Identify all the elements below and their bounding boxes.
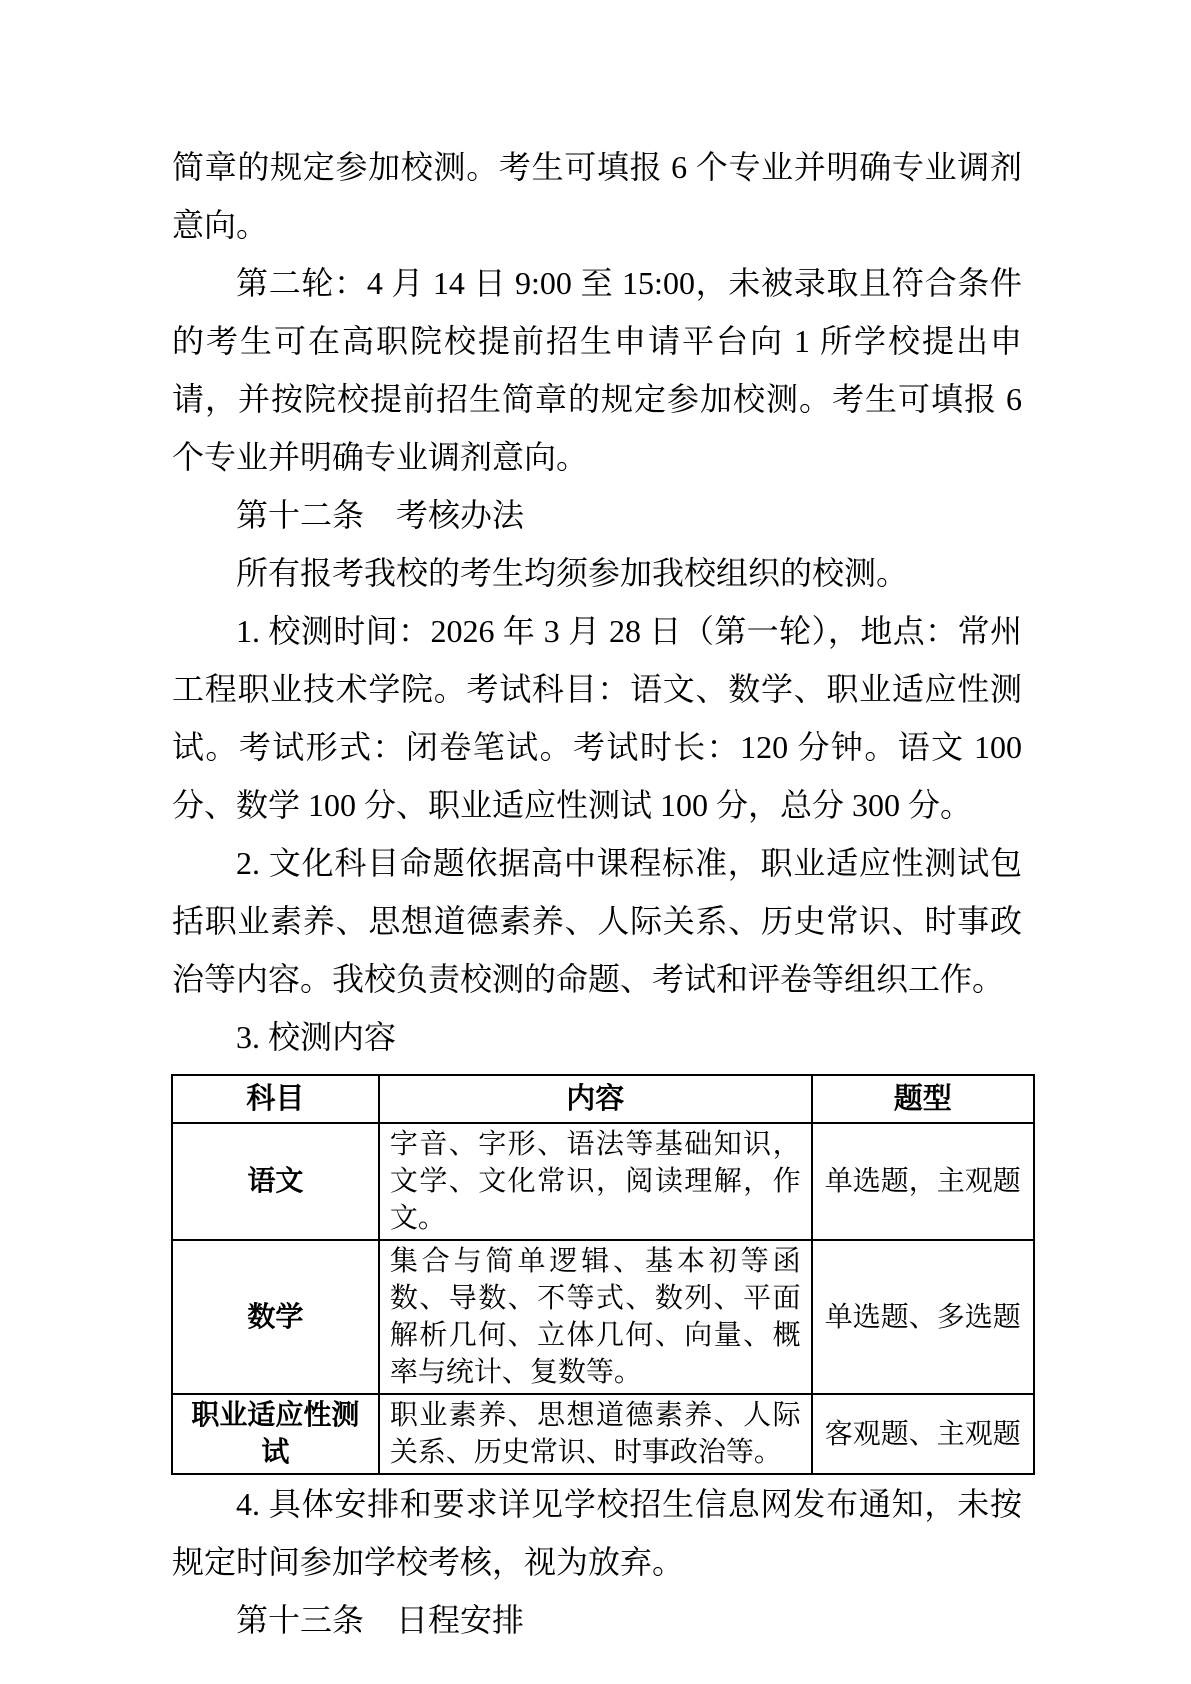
table-header-row: 科目 内容 题型 [172,1075,1034,1123]
table-row-math: 数学 集合与简单逻辑、基本初等函数、导数、不等式、数列、平面解析几何、立体几何、… [172,1240,1034,1394]
paragraph-2-test-syllabus: 2. 文化科目命题依据高中课程标准，职业适应性测试包括职业素养、思想道德素养、人… [172,834,1022,1008]
cell-content-vocational-aptitude: 职业素养、思想道德素养、人际关系、历史常识、时事政治等。 [379,1394,812,1474]
table-header-subject: 科目 [172,1075,379,1123]
table-header-question-type: 题型 [812,1075,1034,1123]
table-header-content: 内容 [379,1075,812,1123]
paragraph-continuation-round1: 简章的规定参加校测。考生可填报 6 个专业并明确专业调剂意向。 [172,138,1022,254]
cell-content-math: 集合与简单逻辑、基本初等函数、导数、不等式、数列、平面解析几何、立体几何、向量、… [379,1240,812,1394]
table-row-vocational-aptitude: 职业适应性测试 职业素养、思想道德素养、人际关系、历史常识、时事政治等。 客观题… [172,1394,1034,1474]
paragraph-test-requirement: 所有报考我校的考生均须参加我校组织的校测。 [172,544,1022,602]
heading-article-13-schedule: 第十三条 日程安排 [172,1591,1022,1649]
document-body: 简章的规定参加校测。考生可填报 6 个专业并明确专业调剂意向。 第二轮：4 月 … [172,138,1022,1649]
cell-subject-chinese: 语文 [172,1123,379,1240]
paragraph-3-test-content-label: 3. 校测内容 [172,1008,1022,1066]
document-page: 简章的规定参加校测。考生可填报 6 个专业并明确专业调剂意向。 第二轮：4 月 … [0,0,1191,1684]
cell-question-type-chinese: 单选题，主观题 [812,1123,1034,1240]
cell-content-chinese: 字音、字形、语法等基础知识，文学、文化常识，阅读理解，作文。 [379,1123,812,1240]
heading-article-12-assessment-method: 第十二条 考核办法 [172,486,1022,544]
paragraph-4-arrangement-notice: 4. 具体安排和要求详见学校招生信息网发布通知，未按规定时间参加学校考核，视为放… [172,1475,1022,1591]
cell-question-type-vocational-aptitude: 客观题、主观题 [812,1394,1034,1474]
paragraph-1-test-time-subjects: 1. 校测时间：2026 年 3 月 28 日（第一轮），地点：常州工程职业技术… [172,602,1022,834]
cell-subject-vocational-aptitude: 职业适应性测试 [172,1394,379,1474]
cell-question-type-math: 单选题、多选题 [812,1240,1034,1394]
cell-subject-math: 数学 [172,1240,379,1394]
table-row-chinese: 语文 字音、字形、语法等基础知识，文学、文化常识，阅读理解，作文。 单选题，主观… [172,1123,1034,1240]
school-test-content-table: 科目 内容 题型 语文 字音、字形、语法等基础知识，文学、文化常识，阅读理解，作… [171,1074,1035,1475]
paragraph-second-round: 第二轮：4 月 14 日 9:00 至 15:00，未被录取且符合条件的考生可在… [172,254,1022,486]
